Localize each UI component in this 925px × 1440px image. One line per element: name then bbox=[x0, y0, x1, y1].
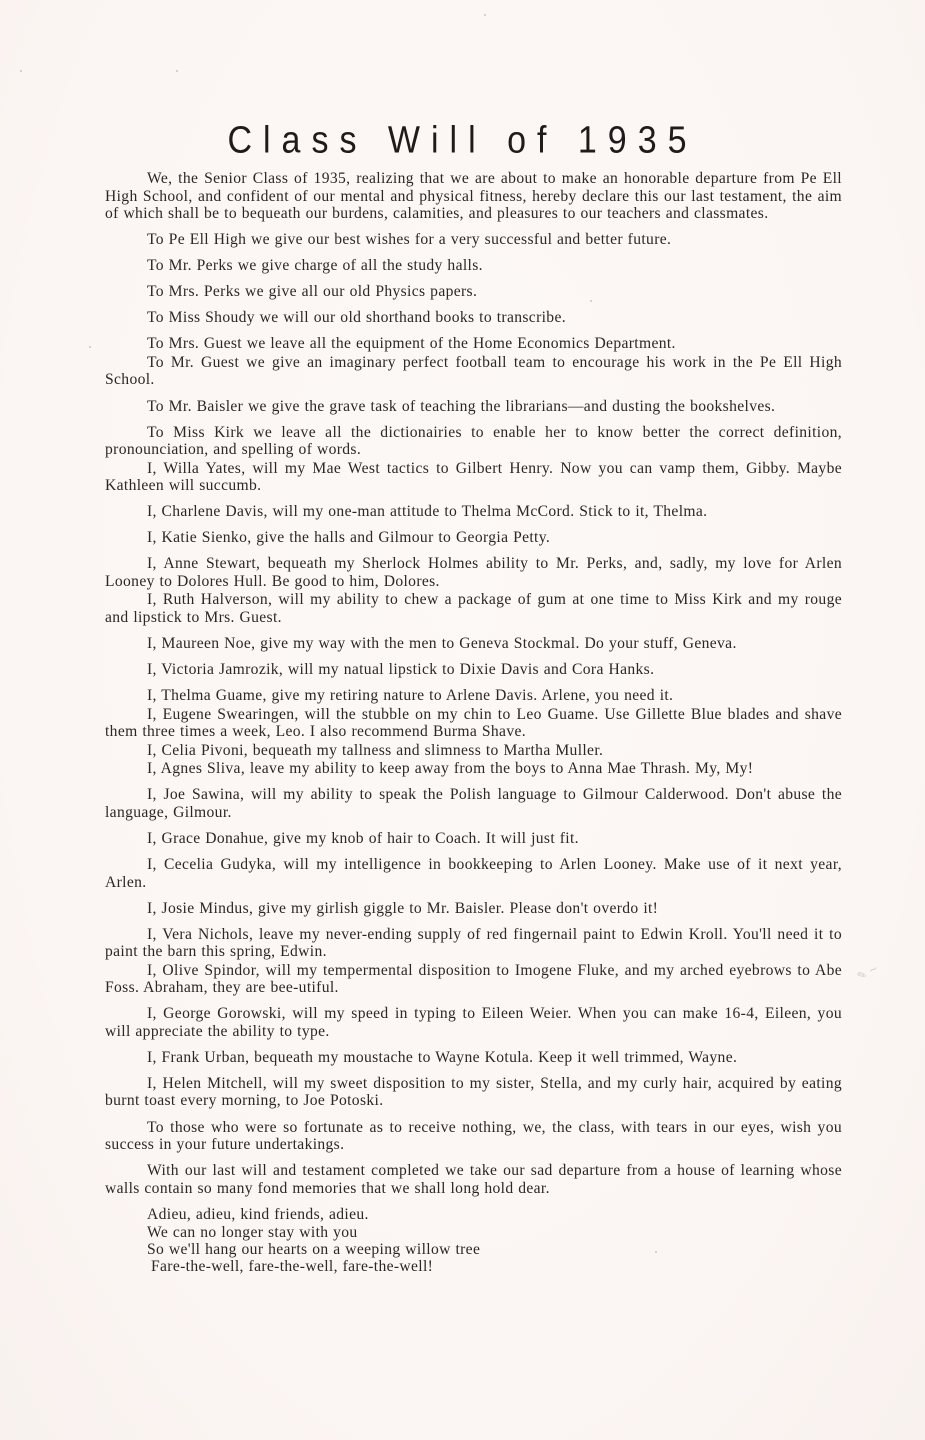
paragraph-bequest: I, Ruth Halverson, will my ability to ch… bbox=[105, 591, 842, 626]
paragraph-bequest: I, Vera Nichols, leave my never-ending s… bbox=[105, 926, 842, 961]
page-title: Class Will of 1935 bbox=[0, 118, 925, 162]
paragraph-bequest: I, Olive Spindor, will my tempermental d… bbox=[105, 962, 842, 997]
paragraph-bequest: I, Victoria Jamrozik, will my natual lip… bbox=[105, 661, 842, 679]
paragraph-bequest: I, Cecelia Gudyka, will my intelligence … bbox=[105, 856, 842, 891]
paragraph-bequest: I, Anne Stewart, bequeath my Sherlock Ho… bbox=[105, 555, 842, 590]
paragraph-bequest: To Miss Shoudy we will our old shorthand… bbox=[105, 309, 842, 327]
paragraph-bequest: I, Eugene Swearingen, will the stubble o… bbox=[105, 706, 842, 741]
paragraph-bequest: I, Frank Urban, bequeath my moustache to… bbox=[105, 1049, 842, 1067]
paragraph-bequest: To Pe Ell High we give our best wishes f… bbox=[105, 231, 842, 249]
paragraph-bequest: I, Josie Mindus, give my girlish giggle … bbox=[105, 900, 842, 918]
paragraph-bequest: To Mr. Guest we give an imaginary perfec… bbox=[105, 354, 842, 389]
paragraph-bequest: I, Agnes Sliva, leave my ability to keep… bbox=[105, 760, 842, 778]
paragraph-bequest: I, Katie Sienko, give the halls and Gilm… bbox=[105, 529, 842, 547]
paper-speck bbox=[89, 346, 91, 348]
poem-line: We can no longer stay with you bbox=[147, 1224, 842, 1241]
paragraph-bequest: I, Joe Sawina, will my ability to speak … bbox=[105, 786, 842, 821]
paragraph-bequest: To Miss Kirk we leave all the dictionair… bbox=[105, 424, 842, 459]
paragraph-closing: To those who were so fortunate as to rec… bbox=[105, 1119, 842, 1154]
paragraph-bequest: To Mrs. Guest we leave all the equipment… bbox=[105, 335, 842, 353]
paragraph-bequest: I, George Gorowski, will my speed in typ… bbox=[105, 1005, 842, 1040]
paragraph-bequest: I, Maureen Noe, give my way with the men… bbox=[105, 635, 842, 653]
paragraph-bequest: I, Charlene Davis, will my one-man attit… bbox=[105, 503, 842, 521]
paper-speck bbox=[484, 14, 486, 16]
paper-speck bbox=[176, 70, 178, 72]
paragraph-bequest: To Mr. Perks we give charge of all the s… bbox=[105, 257, 842, 275]
farewell-poem: Adieu, adieu, kind friends, adieu. We ca… bbox=[147, 1206, 842, 1276]
faint-pencil-mark: ✎ ~ bbox=[855, 955, 897, 991]
paragraph-preamble: We, the Senior Class of 1935, realizing … bbox=[105, 170, 842, 223]
poem-line: So we'll hang our hearts on a weeping wi… bbox=[147, 1241, 842, 1258]
paragraph-bequest: I, Celia Pivoni, bequeath my tallness an… bbox=[105, 742, 842, 760]
paragraph-bequest: I, Helen Mitchell, will my sweet disposi… bbox=[105, 1075, 842, 1110]
paragraph-bequest: I, Willa Yates, will my Mae West tactics… bbox=[105, 460, 842, 495]
yearbook-page: ✎ ~ Class Will of 1935 We, the Senior Cl… bbox=[0, 0, 925, 1440]
paragraph-bequest: To Mr. Baisler we give the grave task of… bbox=[105, 398, 842, 416]
poem-line: Adieu, adieu, kind friends, adieu. bbox=[147, 1206, 842, 1223]
paragraph-bequest: To Mrs. Perks we give all our old Physic… bbox=[105, 283, 842, 301]
paragraph-bequest: I, Thelma Guame, give my retiring nature… bbox=[105, 687, 842, 705]
paragraph-bequest: I, Grace Donahue, give my knob of hair t… bbox=[105, 830, 842, 848]
poem-line: Fare-the-well, fare-the-well, fare-the-w… bbox=[147, 1258, 842, 1275]
paper-speck bbox=[20, 70, 22, 72]
class-will-body: We, the Senior Class of 1935, realizing … bbox=[105, 170, 842, 1276]
paragraph-closing: With our last will and testament complet… bbox=[105, 1162, 842, 1197]
